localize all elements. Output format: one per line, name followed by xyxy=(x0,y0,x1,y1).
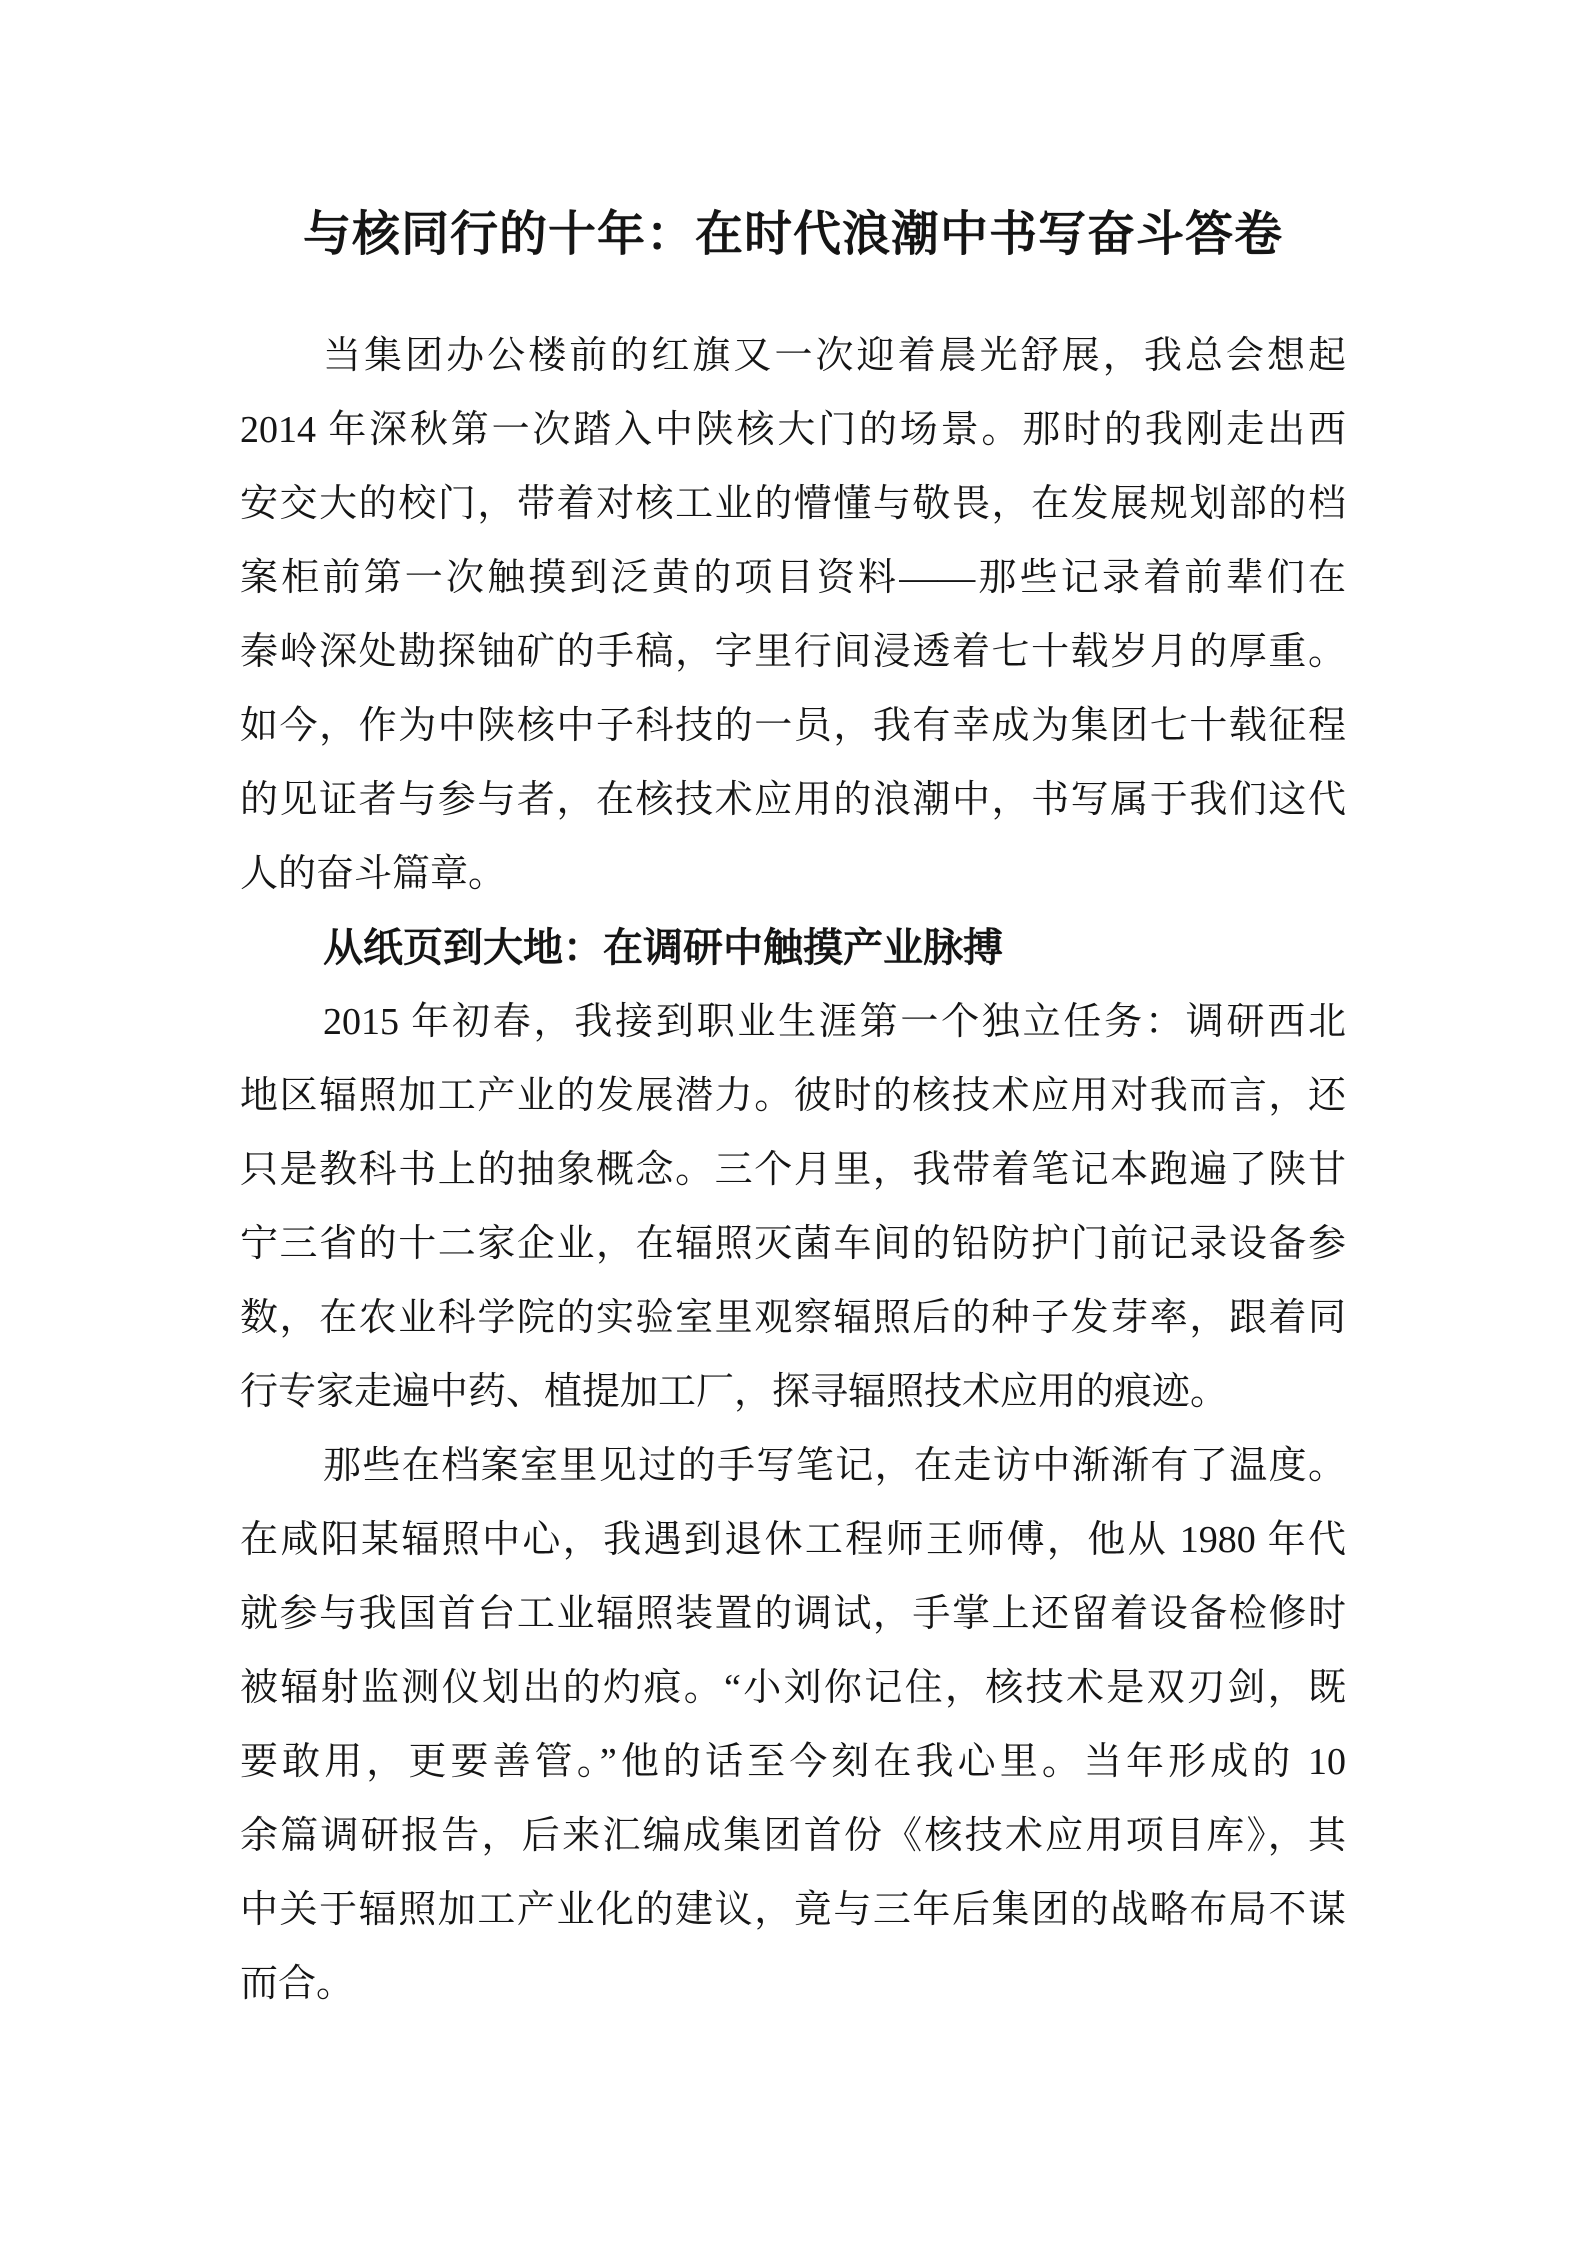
paragraph: 2015 年初春，我接到职业生涯第一个独立任务：调研西北地区辐照加工产业的发展潜… xyxy=(240,985,1346,1429)
text-line: 要敢用，更要善管。”他的话至今刻在我心里。当年形成的 10 xyxy=(240,1725,1346,1799)
text-line: 在咸阳某辐照中心，我遇到退休工程师王师傅，他从 1980 年代 xyxy=(240,1503,1346,1577)
paragraph: 那些在档案室里见过的手写笔记，在走访中渐渐有了温度。在咸阳某辐照中心，我遇到退休… xyxy=(240,1429,1346,2021)
text-line: 那些在档案室里见过的手写笔记，在走访中渐渐有了温度。 xyxy=(240,1429,1346,1503)
text-line: 人的奋斗篇章。 xyxy=(240,837,1346,911)
text-line: 余篇调研报告，后来汇编成集团首份《核技术应用项目库》，其 xyxy=(240,1799,1346,1873)
text-line: 宁三省的十二家企业，在辐照灭菌车间的铅防护门前记录设备参 xyxy=(240,1207,1346,1281)
text-line: 就参与我国首台工业辐照装置的调试，手掌上还留着设备检修时 xyxy=(240,1577,1346,1651)
document-title: 与核同行的十年：在时代浪潮中书写奋斗答卷 xyxy=(240,205,1346,265)
text-line: 如今，作为中陕核中子科技的一员，我有幸成为集团七十载征程 xyxy=(240,689,1346,763)
text-line: 案柜前第一次触摸到泛黄的项目资料——那些记录着前辈们在 xyxy=(240,541,1346,615)
text-line: 当集团办公楼前的红旗又一次迎着晨光舒展，我总会想起 xyxy=(240,319,1346,393)
text-line: 行专家走遍中药、植提加工厂，探寻辐照技术应用的痕迹。 xyxy=(240,1355,1346,1429)
text-line: 2014 年深秋第一次踏入中陕核大门的场景。那时的我刚走出西 xyxy=(240,393,1346,467)
text-line: 秦岭深处勘探铀矿的手稿，字里行间浸透着七十载岁月的厚重。 xyxy=(240,615,1346,689)
text-line: 数，在农业科学院的实验室里观察辐照后的种子发芽率，跟着同 xyxy=(240,1281,1346,1355)
text-line: 安交大的校门，带着对核工业的懵懂与敬畏，在发展规划部的档 xyxy=(240,467,1346,541)
section-heading: 从纸页到大地：在调研中触摸产业脉搏 xyxy=(240,911,1346,985)
paragraph: 当集团办公楼前的红旗又一次迎着晨光舒展，我总会想起2014 年深秋第一次踏入中陕… xyxy=(240,319,1346,911)
text-line: 地区辐照加工产业的发展潜力。彼时的核技术应用对我而言，还 xyxy=(240,1059,1346,1133)
text-line: 被辐射监测仪划出的灼痕。“小刘你记住，核技术是双刃剑，既 xyxy=(240,1651,1346,1725)
text-line: 只是教科书上的抽象概念。三个月里，我带着笔记本跑遍了陕甘 xyxy=(240,1133,1346,1207)
text-line: 的见证者与参与者，在核技术应用的浪潮中，书写属于我们这代 xyxy=(240,763,1346,837)
text-line: 2015 年初春，我接到职业生涯第一个独立任务：调研西北 xyxy=(240,985,1346,1059)
document-body: 当集团办公楼前的红旗又一次迎着晨光舒展，我总会想起2014 年深秋第一次踏入中陕… xyxy=(240,319,1346,2021)
document-page: 与核同行的十年：在时代浪潮中书写奋斗答卷 当集团办公楼前的红旗又一次迎着晨光舒展… xyxy=(0,0,1586,2245)
text-line: 而合。 xyxy=(240,1947,1346,2021)
text-line: 中关于辐照加工产业化的建议，竟与三年后集团的战略布局不谋 xyxy=(240,1873,1346,1947)
